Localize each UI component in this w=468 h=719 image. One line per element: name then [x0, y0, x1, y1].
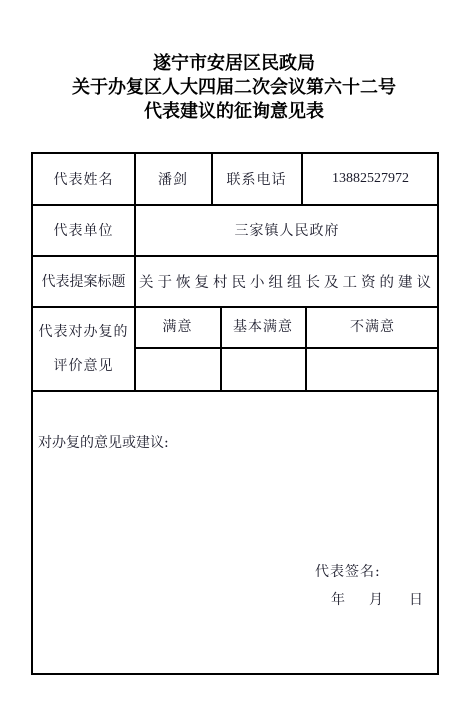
unit-value[interactable]: 三家镇人民政府 — [135, 205, 439, 255]
proposal-value[interactable]: 关于恢复村民小组组长及工资的建议 — [135, 256, 439, 306]
option-basically-satisfied-label: 基本满意 — [221, 307, 305, 347]
evaluation-label-line-1: 代表对办复的 — [39, 315, 129, 349]
evaluation-label-line-2: 评价意见 — [54, 349, 114, 383]
title-line-3: 代表建议的征询意见表 — [0, 100, 468, 124]
feedback-form-table: 代表姓名 潘剑 联系电话 13882527972 代表单位 三家镇人民政府 代表… — [31, 152, 439, 675]
signature-label: 代表签名: — [315, 561, 381, 581]
option-basically-satisfied-checkbox[interactable] — [221, 348, 305, 390]
name-value[interactable]: 潘剑 — [135, 154, 211, 204]
option-unsatisfied-label: 不满意 — [306, 307, 439, 347]
date-year-label: 年 — [331, 589, 345, 609]
opinion-input-area[interactable] — [38, 454, 434, 554]
option-satisfied-checkbox[interactable] — [135, 348, 220, 390]
phone-value[interactable]: 13882527972 — [302, 154, 439, 204]
title-line-2: 关于办复区人大四届二次会议第六十二号 — [0, 76, 468, 100]
option-satisfied-label: 满意 — [135, 307, 220, 347]
row-divider-4 — [33, 390, 439, 392]
document-title: 遂宁市安居区民政局 关于办复区人大四届二次会议第六十二号 代表建议的征询意见表 — [0, 52, 468, 124]
proposal-label: 代表提案标题 — [33, 256, 134, 306]
unit-label: 代表单位 — [33, 205, 134, 255]
opinion-label: 对办复的意见或建议: — [38, 432, 169, 452]
name-label: 代表姓名 — [33, 154, 134, 204]
date-day-label: 日 — [409, 589, 423, 609]
phone-label: 联系电话 — [212, 154, 301, 204]
option-unsatisfied-checkbox[interactable] — [306, 348, 439, 390]
evaluation-label: 代表对办复的 评价意见 — [33, 307, 134, 390]
title-line-1: 遂宁市安居区民政局 — [0, 52, 468, 76]
date-month-label: 月 — [369, 589, 383, 609]
